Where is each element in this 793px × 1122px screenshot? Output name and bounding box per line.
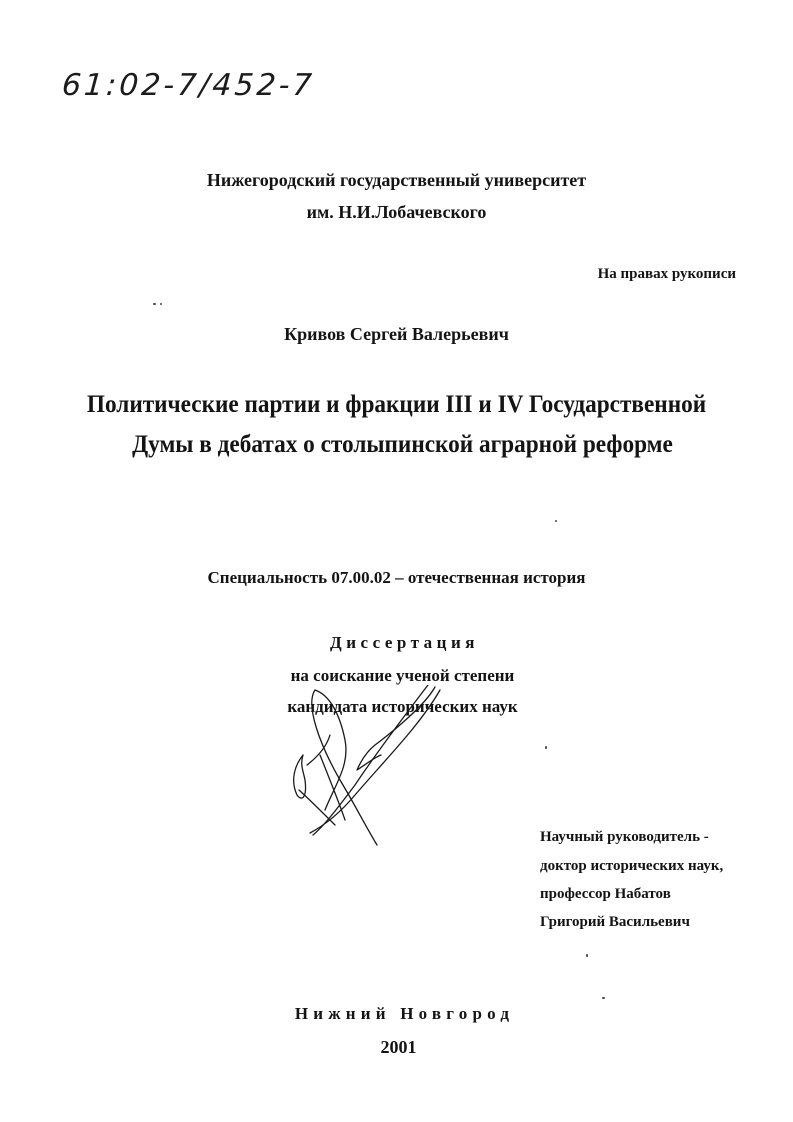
scan-speck [555,520,557,522]
scan-speck [602,997,605,999]
supervisor-degree: доктор исторических наук, [540,858,723,875]
university-name: Нижегородский государственный университе… [0,170,793,190]
dissertation-title-line-1: Политические партии и фракции III и IV Г… [28,390,765,420]
handwritten-registration-code: 61:02-7/452-7 [61,68,316,103]
scan-speck [160,303,162,305]
scan-speck [545,746,547,749]
year: 2001 [2,1037,793,1058]
supervisor-title-surname: профессор Набатов [540,886,671,903]
dissertation-title-line-2: Думы в дебатах о столыпинской аграрной р… [34,430,771,460]
supervisor-given-names: Григорий Васильевич [540,914,690,931]
document-type: Диссертация [0,633,793,653]
scan-speck [586,954,588,957]
scan-speck [153,303,156,305]
degree-line-1: на соискание ученой степени [6,666,793,686]
university-namesake: им. Н.И.Лобачевского [0,202,793,222]
specialty: Специальность 07.00.02 – отечественная и… [0,568,793,588]
handwritten-signature [285,685,475,855]
supervisor-role: Научный руководитель - [540,829,709,846]
manuscript-rights-note: На правах рукописи [598,266,736,283]
author-name: Кривов Сергей Валерьевич [0,324,793,345]
city: Нижний Новгород [0,1004,793,1024]
